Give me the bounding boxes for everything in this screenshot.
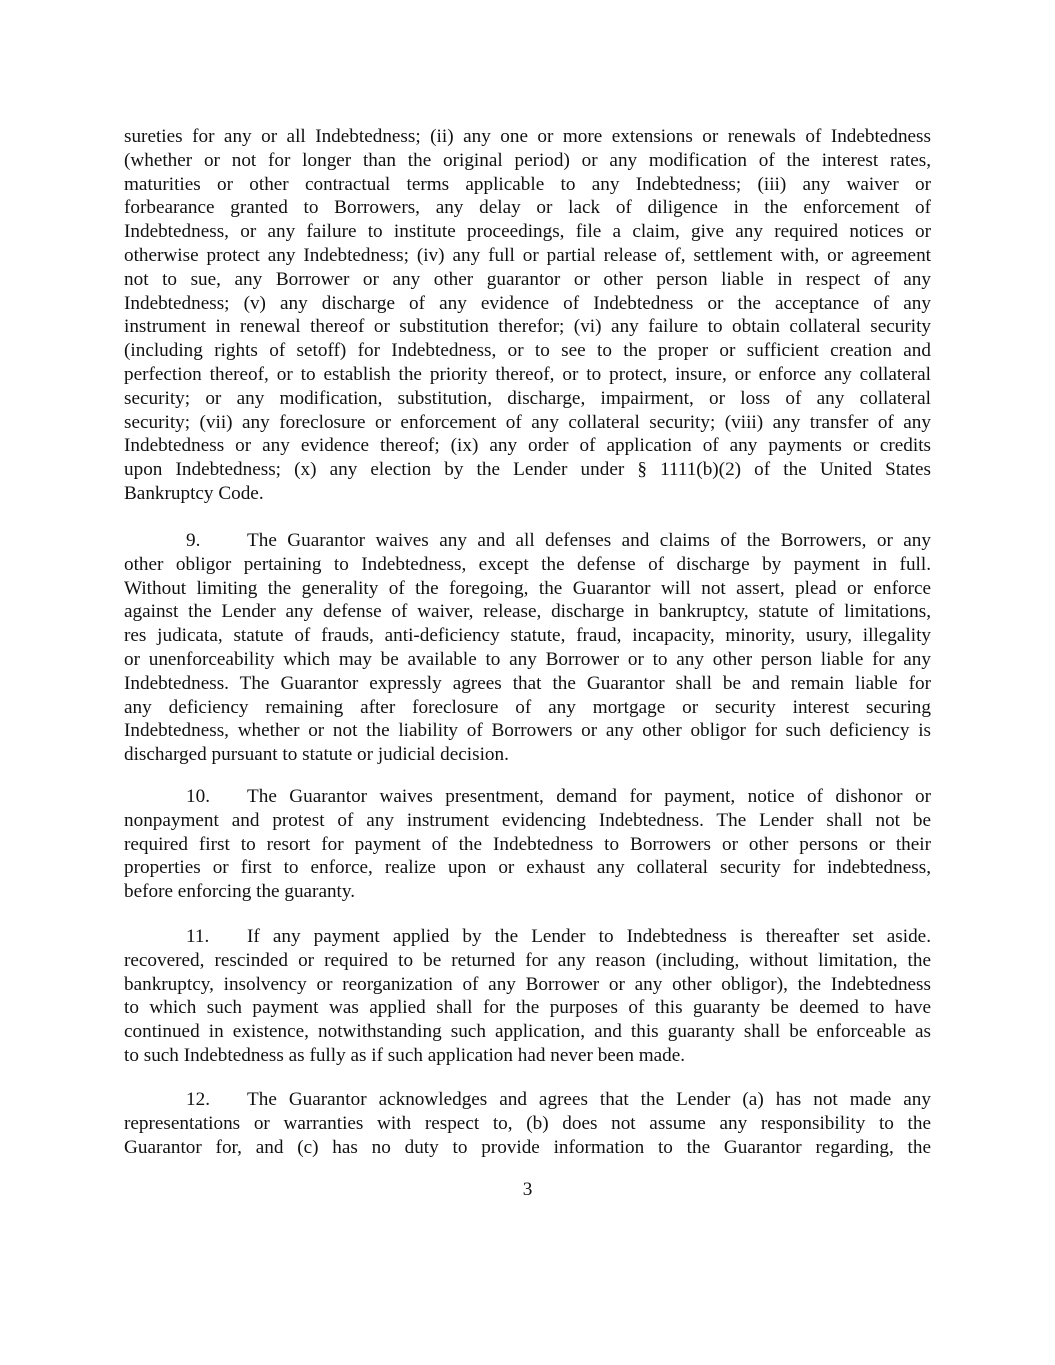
section-first-line: 10. The Guarantor waives presentment, de…	[124, 785, 931, 809]
text-line: or unenforceability which may be availab…	[124, 648, 931, 672]
text-line: Indebtedness or any evidence thereof; (i…	[124, 434, 931, 458]
text-line: required first to resort for payment of …	[124, 833, 931, 857]
text-line: Without limiting the generality of the f…	[124, 577, 931, 601]
text-line: security; or any modification, substitut…	[124, 387, 931, 411]
text-line: The Guarantor acknowledges and agrees th…	[247, 1088, 931, 1112]
text-line: Indebtedness. The Guarantor expressly ag…	[124, 672, 931, 696]
section-first-line: 11. If any payment applied by the Lender…	[124, 925, 931, 949]
text-line: Bankruptcy Code.	[124, 482, 931, 506]
text-line: to which such payment was applied shall …	[124, 996, 931, 1020]
text-line: (including rights of setoff) for Indebte…	[124, 339, 931, 363]
text-line: properties or first to enforce, realize …	[124, 856, 931, 880]
text-line: to such Indebtedness as fully as if such…	[124, 1044, 931, 1068]
document-page: sureties for any or all Indebtedness; (i…	[0, 0, 1055, 1365]
text-line: forbearance granted to Borrowers, any de…	[124, 196, 931, 220]
text-line: The Guarantor waives any and all defense…	[247, 529, 931, 553]
text-line: nonpayment and protest of any instrument…	[124, 809, 931, 833]
text-line: before enforcing the guaranty.	[124, 880, 931, 904]
text-line: otherwise protect any Indebtedness; (iv)…	[124, 244, 931, 268]
text-line: not to sue, any Borrower or any other gu…	[124, 268, 931, 292]
text-line: bankruptcy, insolvency or reorganization…	[124, 973, 931, 997]
text-line: other obligor pertaining to Indebtedness…	[124, 553, 931, 577]
text-line: res judicata, statute of frauds, anti-de…	[124, 624, 931, 648]
text-line: sureties for any or all Indebtedness; (i…	[124, 125, 931, 149]
section-9: 9. The Guarantor waives any and all defe…	[124, 529, 931, 767]
text-line: recovered, rescinded or required to be r…	[124, 949, 931, 973]
text-line: perfection thereof, or to establish the …	[124, 363, 931, 387]
section-number: 9.	[186, 529, 247, 553]
text-line: Indebtedness; (v) any discharge of any e…	[124, 292, 931, 316]
section-number: 10.	[186, 785, 247, 809]
text-line: instrument in renewal thereof or substit…	[124, 315, 931, 339]
text-line: Indebtedness, whether or not the liabili…	[124, 719, 931, 743]
text-line: continued in existence, notwithstanding …	[124, 1020, 931, 1044]
section-12: 12. The Guarantor acknowledges and agree…	[124, 1088, 931, 1159]
text-line: representations or warranties with respe…	[124, 1112, 931, 1136]
section-number: 11.	[186, 925, 247, 949]
page-number: 3	[0, 1178, 1055, 1202]
continuation-paragraph: sureties for any or all Indebtedness; (i…	[124, 125, 931, 506]
text-line: The Guarantor waives presentment, demand…	[247, 785, 931, 809]
text-line: maturities or other contractual terms ap…	[124, 173, 931, 197]
text-line: Guarantor for, and (c) has no duty to pr…	[124, 1136, 931, 1160]
text-line: upon Indebtedness; (x) any election by t…	[124, 458, 931, 482]
text-line: against the Lender any defense of waiver…	[124, 600, 931, 624]
section-number: 12.	[186, 1088, 247, 1112]
text-line: If any payment applied by the Lender to …	[247, 925, 931, 949]
text-line: Indebtedness, or any failure to institut…	[124, 220, 931, 244]
text-line: discharged pursuant to statute or judici…	[124, 743, 931, 767]
section-first-line: 12. The Guarantor acknowledges and agree…	[124, 1088, 931, 1112]
text-line: security; (vii) any foreclosure or enfor…	[124, 411, 931, 435]
section-10: 10. The Guarantor waives presentment, de…	[124, 785, 931, 904]
text-line: any deficiency remaining after foreclosu…	[124, 696, 931, 720]
text-line: (whether or not for longer than the orig…	[124, 149, 931, 173]
section-11: 11. If any payment applied by the Lender…	[124, 925, 931, 1068]
section-first-line: 9. The Guarantor waives any and all defe…	[124, 529, 931, 553]
